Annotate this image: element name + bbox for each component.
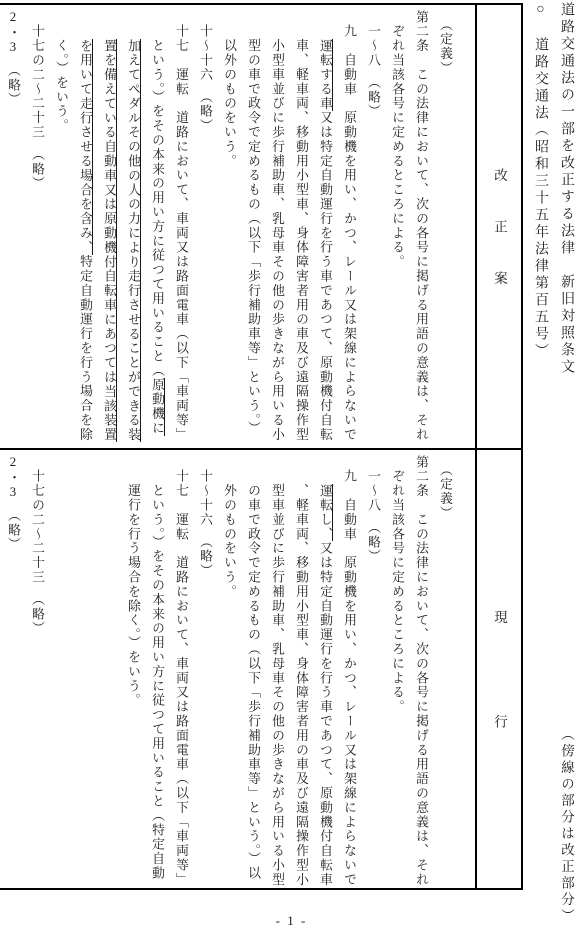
text-line: という。）をその本来の用い方に従つて用いること（原動機に xyxy=(145,10,169,448)
text-segment: という。）をその本来の用い方に従つて用いること（特定自動 xyxy=(150,455,164,881)
text-line: 以外のものをいう。 xyxy=(217,10,241,448)
text-segment: 又は特定自動運行を行う車であつて、原動機付自転車 xyxy=(318,541,332,887)
document-page: 道路交通法の一部を改正する法律 新旧対照条文 ○ 道路交通法（昭和三十五年法律第… xyxy=(0,0,583,938)
current-row: （定義）第二条 この法律において、次の各号に掲げる用語の意義は、それ ぞれ当該各… xyxy=(0,450,521,888)
text-line: を用いて走行させる場合を含み、特定自動運行を行う場合を除 xyxy=(73,10,97,448)
text-segment: 十～十六 （略） xyxy=(198,455,212,578)
text-line: 置を備えている自動車又は原動機付自転車にあつては当該装置 xyxy=(97,10,121,448)
text-segment: 型車並びに歩行補助車、乳母車その他の歩きながら用いる小型 xyxy=(270,455,284,887)
text-line: 2・3 （略） xyxy=(1,10,25,448)
revision-underlined-text: 運転し、 xyxy=(318,484,333,542)
text-line: 型車並びに歩行補助車、乳母車その他の歩きながら用いる小型 xyxy=(265,455,289,888)
comparison-table: （定義）第二条 この法律において、次の各号に掲げる用語の意義は、それ ぞれ当該各… xyxy=(0,3,523,890)
text-line: （定義） xyxy=(433,455,457,888)
revision-underlined-text: 原動機に xyxy=(150,378,165,436)
text-line xyxy=(97,455,121,888)
text-segment: 以外のものをいう。 xyxy=(222,10,236,168)
text-segment xyxy=(102,10,116,39)
page-title: 道路交通法の一部を改正する法律 新旧対照条文 xyxy=(556,2,576,376)
text-line: 九 自動車 原動機を用い、かつ、レール又は架線によらないで xyxy=(337,455,361,888)
text-segment: 十七 運転 道路において、車両又は路面電車（以下「車両等」 xyxy=(174,10,188,442)
text-line: 第二条 この法律において、次の各号に掲げる用語の意義は、それ xyxy=(409,10,433,448)
current-header-label: 現行 xyxy=(489,610,509,819)
revision-underlined-text: 運転する車 xyxy=(318,39,333,111)
text-segment: 又は特定自動運行を行う車であつて、原動機付自転 xyxy=(318,111,332,442)
text-line: 型の車で政令で定めるもの（以下「歩行補助車等」という。） xyxy=(241,10,265,448)
current-provisions-cell: （定義）第二条 この法律において、次の各号に掲げる用語の意義は、それ ぞれ当該各… xyxy=(0,450,475,888)
text-segment: の車で政令で定めるもの（以下「歩行補助車等」という。）以 xyxy=(246,455,260,881)
text-line: ぞれ当該各号に定めるところによる。 xyxy=(385,455,409,888)
amended-header-label: 改正案 xyxy=(489,168,509,323)
text-segment: ぞれ当該各号に定めるところによる。 xyxy=(390,10,404,269)
text-line: 運行を行う場合を除く。）をいう。 xyxy=(121,455,145,888)
page-number: - 1 - xyxy=(0,913,583,929)
text-segment xyxy=(318,10,332,39)
text-segment: ぞれ当該各号に定めるところによる。 xyxy=(390,455,404,714)
text-segment: 特定自動運行を行う場合を除 xyxy=(78,255,92,442)
text-segment: 型の車で政令で定めるもの（以下「歩行補助車等」という。） xyxy=(246,10,260,436)
revision-underlined-text: 置を備えている自動車又は原動機付自転車にあつては当該装置 xyxy=(102,39,117,442)
text-segment: （略） xyxy=(6,56,20,107)
text-segment: 一～八 （略） xyxy=(366,455,380,564)
text-segment xyxy=(78,455,92,469)
text-segment: （略） xyxy=(6,501,20,552)
text-segment: 、軽車両、移動用小型車、身体障害者用の車及び遠隔操作型小 xyxy=(294,455,308,887)
text-segment: 十七 運転 道路において、車両又は路面電車（以下「車両等」 xyxy=(174,455,188,887)
text-line: ぞれ当該各号に定めるところによる。 xyxy=(385,10,409,448)
text-segment: 小型車並びに歩行補助車、乳母車その他の歩きながら用いる小 xyxy=(270,10,284,442)
text-line: 九 自動車 原動機を用い、かつ、レール又は架線によらないで xyxy=(337,10,361,448)
text-line: 車、軽車両、移動用小型車、身体障害者用の車及び遠隔操作型 xyxy=(289,10,313,448)
text-line: 小型車並びに歩行補助車、乳母車その他の歩きながら用いる小 xyxy=(265,10,289,448)
text-line: 十～十六 （略） xyxy=(193,10,217,448)
text-line: 十七 運転 道路において、車両又は路面電車（以下「車両等」 xyxy=(169,10,193,448)
text-segment: 十七の二～二十三 （略） xyxy=(30,455,44,636)
revision-underlined-text: 加えてペダルその他の人の力により走行させることができる装 xyxy=(126,39,141,442)
text-segment: という。）をその本来の用い方に従つて用いること（ xyxy=(150,10,164,378)
revision-underlined-text: を用いて走行させる場合を含み、 xyxy=(78,39,93,255)
text-segment xyxy=(54,455,68,469)
revision-legend: （傍線の部分は改正部分） xyxy=(556,727,576,925)
text-segment: 運行を行う場合を除く。）をいう。 xyxy=(126,455,140,708)
text-segment: 外のものをいう。 xyxy=(222,455,236,599)
text-line: 十七の二～二十三 （略） xyxy=(25,10,49,448)
text-segment xyxy=(318,455,332,484)
text-segment: 十七の二～二十三 （略） xyxy=(30,10,44,191)
text-segment: 九 自動車 原動機を用い、かつ、レール又は架線によらないで xyxy=(342,455,356,887)
text-line: 外のものをいう。 xyxy=(217,455,241,888)
text-segment: 九 自動車 原動機を用い、かつ、レール又は架線によらないで xyxy=(342,10,356,442)
amended-row: （定義）第二条 この法律において、次の各号に掲げる用語の意義は、それ ぞれ当該各… xyxy=(0,5,521,450)
text-segment: 十～十六 （略） xyxy=(198,10,212,133)
text-line: という。）をその本来の用い方に従つて用いること（特定自動 xyxy=(145,455,169,888)
text-line: の車で政令で定めるもの（以下「歩行補助車等」という。）以 xyxy=(241,455,265,888)
text-segment: （定義） xyxy=(438,10,452,76)
text-line: 運転する車又は特定自動運行を行う車であつて、原動機付自転 xyxy=(313,10,337,448)
text-segment: （定義） xyxy=(438,455,452,521)
text-line: 一～八 （略） xyxy=(361,10,385,448)
text-segment: く。）をいう。 xyxy=(54,10,68,133)
text-line: 十～十六 （略） xyxy=(193,455,217,888)
text-line: く。）をいう。 xyxy=(49,10,73,448)
text-segment: 一～八 （略） xyxy=(366,10,380,119)
text-segment: 第二条 この法律において、次の各号に掲げる用語の意義は、それ xyxy=(414,455,428,887)
text-line: 一～八 （略） xyxy=(361,455,385,888)
current-header-cell: 現行 xyxy=(475,450,521,888)
text-segment: 第二条 この法律において、次の各号に掲げる用語の意義は、それ xyxy=(414,10,428,442)
text-line: （定義） xyxy=(433,10,457,448)
amended-provisions-cell: （定義）第二条 この法律において、次の各号に掲げる用語の意義は、それ ぞれ当該各… xyxy=(0,5,475,448)
text-line: 2・3 （略） xyxy=(1,455,25,888)
text-line: 十七 運転 道路において、車両又は路面電車（以下「車両等」 xyxy=(169,455,193,888)
amended-header-cell: 改正案 xyxy=(475,5,521,448)
revision-underlined-text: 2・3 xyxy=(6,10,20,56)
text-segment xyxy=(102,455,116,469)
text-line: 第二条 この法律において、次の各号に掲げる用語の意義は、それ xyxy=(409,455,433,888)
text-line: 加えてペダルその他の人の力により走行させることができる装 xyxy=(121,10,145,448)
text-line: 運転し、又は特定自動運行を行う車であつて、原動機付自転車 xyxy=(313,455,337,888)
text-line xyxy=(73,455,97,888)
statute-reference: ○ 道路交通法（昭和三十五年法律第百五号） xyxy=(530,2,550,360)
text-line: 、軽車両、移動用小型車、身体障害者用の車及び遠隔操作型小 xyxy=(289,455,313,888)
text-line: 十七の二～二十三 （略） xyxy=(25,455,49,888)
text-segment xyxy=(78,10,92,39)
revision-underlined-text: 2・3 xyxy=(6,455,20,501)
text-segment: 車、軽車両、移動用小型車、身体障害者用の車及び遠隔操作型 xyxy=(294,10,308,442)
text-line xyxy=(49,455,73,888)
text-segment xyxy=(126,10,140,39)
